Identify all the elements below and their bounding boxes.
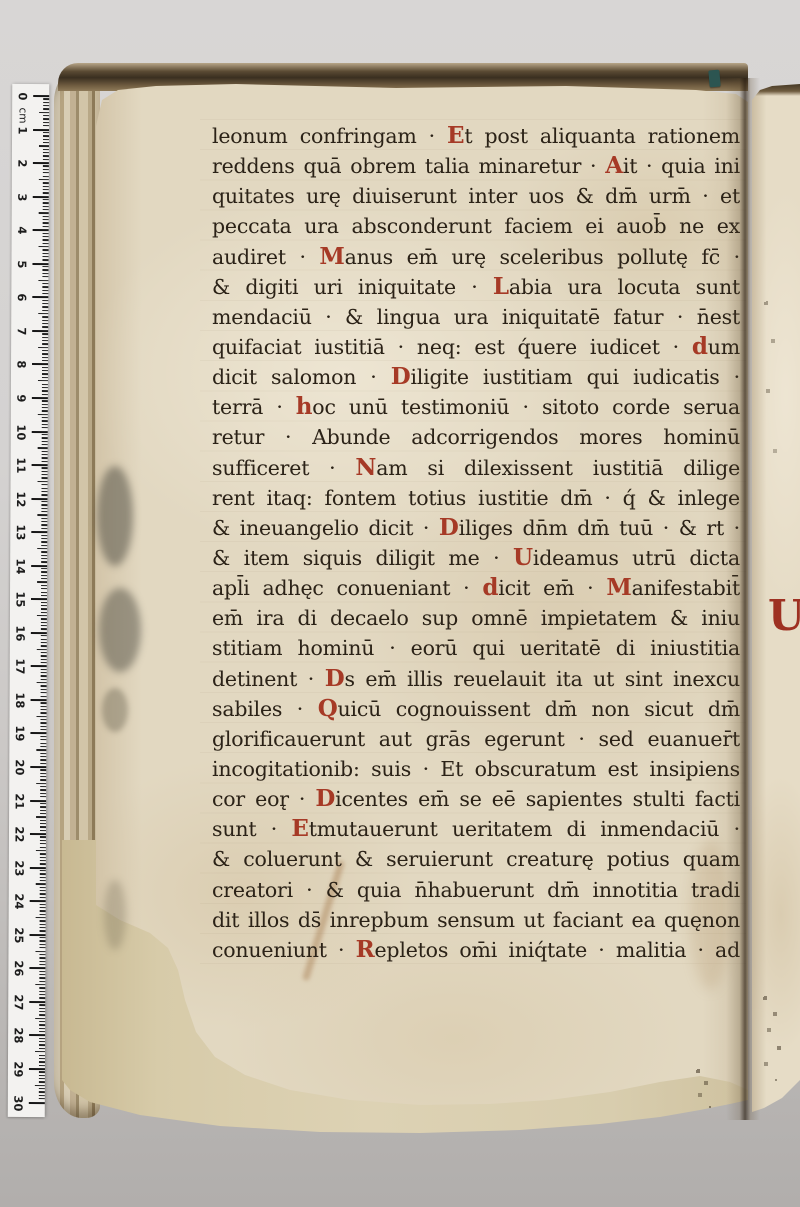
ruler-mm-tick (43, 202, 49, 203)
text-segment: am si dilexissent iustitiā dilige (376, 456, 740, 480)
text-line: mendaciū · & lingua ura iniquitatē fatur… (212, 302, 740, 332)
ruler-mm-tick (40, 863, 46, 864)
text-segment: em̄ ira di decaelo sup omnē impietatem &… (212, 606, 740, 630)
ruler-cm-tick (32, 431, 48, 433)
ruler-mm-tick (40, 877, 46, 878)
text-line: retur · Abunde adcorrigendos mores homin… (212, 422, 740, 452)
ruler-mm-tick (39, 971, 45, 972)
ruler-mm-tick (40, 736, 46, 737)
text-segment: incogitationib: suis · Et obscuratum est… (212, 757, 740, 781)
ruler-mm-tick (39, 179, 49, 180)
ruler-mm-tick (40, 941, 46, 942)
ruler-mm-tick (40, 746, 46, 747)
text-segment: & coluerunt & seruierunt creaturę potius… (212, 847, 740, 871)
rubric-initial: R (356, 936, 375, 963)
text-line: em̄ ira di decaelo sup omnē impietatem &… (212, 603, 740, 633)
text-line: peccata ura absconderunt faciem ei auob̄… (212, 211, 740, 241)
ruler-mm-tick (40, 726, 46, 727)
ruler-cm-tick (30, 900, 46, 902)
text-segment: creatori · & quia n̄habuerunt dm̄ innoti… (212, 878, 740, 902)
ruler-mm-tick (37, 514, 47, 515)
ruler-mm-tick (41, 585, 47, 586)
ruler-number: 10 (14, 423, 27, 441)
ruler-mm-tick (41, 488, 47, 489)
ruler-mm-tick (42, 451, 48, 452)
ruler-mm-tick (37, 615, 47, 616)
ruler-mm-tick (43, 186, 49, 187)
ruler-mm-tick (42, 410, 48, 411)
text-segment: anifestabit̄ (632, 576, 740, 600)
rubric-initial: M (606, 574, 631, 601)
ruler-mm-tick (39, 954, 45, 955)
book: leonum confringam · Et post aliquanta ra… (0, 0, 800, 1207)
ruler-mm-tick (40, 823, 46, 824)
ruler-mm-tick (39, 145, 49, 146)
ruler-mm-tick (40, 873, 46, 874)
text-segment: glorificauerunt aut grās egerunt · sed e… (212, 727, 740, 751)
ruler-number: 1 (16, 121, 29, 139)
ruler-mm-tick (41, 639, 47, 640)
text-segment: cor eor̨ · (212, 787, 315, 811)
ruler-mm-tick (40, 753, 46, 754)
ruler-mm-tick (43, 132, 49, 133)
ruler-mm-tick (43, 249, 49, 250)
text-line: detinent · Ds em̄ illis reuelauit ita ut… (212, 664, 740, 694)
ruler-mm-tick (43, 125, 49, 126)
ruler-cm-tick (29, 1068, 45, 1070)
ruler-mm-tick (41, 642, 47, 643)
text-segment: dit illos ds̄ inrepbum sensum ut faciant… (212, 908, 740, 932)
ruler-mm-tick (43, 105, 49, 106)
ruler-mm-tick (41, 635, 47, 636)
mold-stain (102, 688, 128, 732)
ruler-mm-tick (35, 1018, 45, 1019)
ruler-mm-tick (40, 719, 46, 720)
ruler-mm-tick (39, 1024, 45, 1025)
rubric-initial: d (692, 333, 708, 360)
text-line: & coluerunt & seruierunt creaturę potius… (212, 844, 740, 874)
text-segment: dicit salomon · (212, 365, 391, 389)
ruler-mm-tick (40, 803, 46, 804)
text-line: & ineuangelio dicit · Diliges dn̄m dm̄ t… (212, 513, 740, 543)
ruler-mm-tick (39, 991, 45, 992)
ruler-mm-tick (43, 122, 49, 123)
text-segment: t post aliquanta rationem (464, 124, 740, 148)
text-block: leonum confringam · Et post aliquanta ra… (212, 121, 740, 965)
ruler-mm-tick (39, 977, 45, 978)
text-segment: sunt · (212, 817, 291, 841)
ruler-mm-tick (41, 669, 47, 670)
ruler-mm-tick (37, 548, 47, 549)
ruler-mm-tick (38, 347, 48, 348)
ruler-mm-tick (41, 709, 47, 710)
ruler-mm-tick (39, 1041, 45, 1042)
ruler-mm-tick (40, 759, 46, 760)
ruler-cm-tick (32, 330, 48, 332)
ruler-cm-tick (30, 833, 46, 835)
ruler-mm-tick (39, 1011, 45, 1012)
text-line: cor eor̨ · Dicentes em̄ se eē sapientes … (212, 784, 740, 814)
ruler-mm-tick (39, 944, 45, 945)
text-segment: conueniunt · (212, 938, 356, 962)
ruler-mm-tick (43, 102, 49, 103)
ruler-cm-tick (33, 229, 49, 231)
ruler-mm-tick (42, 404, 48, 405)
ruler-mm-tick (40, 739, 46, 740)
ruler-mm-tick (42, 340, 48, 341)
rubric-initial: D (315, 785, 335, 812)
ruler-mm-tick (43, 149, 49, 150)
text-segment: & ineuangelio dicit · (212, 516, 439, 540)
ruler-cm-tick (31, 632, 47, 634)
ruler-mm-tick (41, 555, 47, 556)
ruler-cm-tick (33, 162, 49, 164)
text-segment: sufficeret · (212, 456, 355, 480)
text-segment: audiret · (212, 245, 319, 269)
ruler-mm-tick (39, 1081, 45, 1082)
text-line: glorificauerunt aut grās egerunt · sed e… (212, 724, 740, 754)
ruler: 0cm1234567891011121314151617181920212223… (8, 84, 50, 1117)
ruler-cm-tick (33, 95, 49, 97)
ruler-number: 17 (13, 658, 26, 676)
ruler-mm-tick (40, 796, 46, 797)
ruler-mm-tick (40, 930, 46, 931)
ruler-mm-tick (43, 142, 49, 143)
ruler-mm-tick (42, 407, 48, 408)
ruler-mm-tick (41, 689, 47, 690)
ruler-mm-tick (39, 1088, 45, 1089)
ruler-mm-tick (39, 964, 45, 965)
ruler-mm-tick (42, 474, 48, 475)
text-segment: quifaciat iustitiā · neq: est q́uere iud… (212, 335, 692, 359)
ruler-mm-tick (41, 575, 47, 576)
ruler-mm-tick (43, 192, 49, 193)
ruler-mm-tick (41, 541, 47, 542)
ruler-mm-tick (42, 360, 48, 361)
ruler-cm-tick (32, 397, 48, 399)
text-line: sufficeret · Nam si dilexissent iustitiā… (212, 453, 740, 483)
ruler-number: 21 (13, 792, 26, 810)
rubric-initial: E (291, 815, 308, 842)
ruler-mm-tick (40, 853, 46, 854)
text-segment: apl̄i adhęc conueniant · (212, 576, 482, 600)
ruler-mm-tick (42, 270, 48, 271)
ruler-mm-tick (41, 595, 47, 596)
text-segment: iligite iustitiam qui iudicatis · (410, 365, 740, 389)
ruler-mm-tick (39, 1004, 45, 1005)
ruler-mm-tick (39, 1091, 45, 1092)
ruler-mm-tick (41, 592, 47, 593)
ruler-mm-tick (41, 628, 47, 629)
ruler-mm-tick (36, 716, 46, 717)
ruler-mm-tick (40, 776, 46, 777)
ruler-cm-tick (30, 934, 46, 936)
ruler-number: 29 (11, 1060, 24, 1078)
ruler-mm-tick (41, 702, 47, 703)
ruler-mm-tick (43, 233, 49, 234)
ruler-mm-tick (43, 176, 49, 177)
ruler-mm-tick (41, 508, 47, 509)
ruler-mm-tick (42, 303, 48, 304)
ruler-cm-tick (32, 363, 48, 365)
text-segment: reddens quā obrem talia minaretur · (212, 154, 605, 178)
ruler-cm-tick (29, 1001, 45, 1003)
ruler-cm-tick (32, 263, 48, 265)
ruler-mm-tick (38, 447, 48, 448)
ruler-mm-tick (40, 904, 46, 905)
ruler-mm-tick (41, 675, 47, 676)
ruler-mm-tick (41, 524, 47, 525)
ruler-mm-tick (40, 806, 46, 807)
text-line: apl̄i adhęc conueniant · dicit em̄ · Man… (212, 573, 740, 603)
ruler-mm-tick (39, 246, 49, 247)
ruler-mm-tick (42, 316, 48, 317)
ink-specks (764, 300, 766, 302)
text-segment: iliges dn̄m dm̄ tuū · & rt · (459, 516, 740, 540)
ruler-mm-tick (43, 199, 49, 200)
ruler-mm-tick (39, 947, 45, 948)
ruler-mm-tick (42, 478, 48, 479)
ruler-mm-tick (39, 1095, 45, 1096)
ruler-mm-tick (37, 582, 47, 583)
ruler-mm-tick (36, 783, 46, 784)
ruler-mm-tick (39, 1061, 45, 1062)
ruler-mm-tick (35, 1051, 45, 1052)
ruler-mm-tick (36, 883, 46, 884)
ruler-mm-tick (42, 357, 48, 358)
rubric-initial: A (605, 152, 623, 179)
ruler-mm-tick (41, 706, 47, 707)
ruler-mm-tick (38, 481, 48, 482)
ruler-mm-tick (42, 390, 48, 391)
ruler-mm-tick (41, 588, 47, 589)
ruler-number: 6 (15, 289, 28, 307)
ruler-mm-tick (43, 189, 49, 190)
ruler-mm-tick (43, 182, 49, 183)
ruler-cm-tick (30, 732, 46, 734)
ruler-mm-tick (39, 961, 45, 962)
ruler-mm-tick (42, 384, 48, 385)
ruler-mm-tick (43, 239, 49, 240)
ruler-number: 7 (15, 322, 28, 340)
ruler-mm-tick (43, 236, 49, 237)
ruler-mm-tick (39, 1028, 45, 1029)
ruler-mm-tick (42, 343, 48, 344)
ruler-mm-tick (42, 293, 48, 294)
ruler-mm-tick (41, 655, 47, 656)
text-segment: leonum confringam · (212, 124, 447, 148)
ruler-mm-tick (42, 367, 48, 368)
ruler-number: 4 (15, 222, 28, 240)
ruler-mm-tick (40, 779, 46, 780)
ruler-number: 12 (14, 490, 27, 508)
ruler-mm-tick (40, 837, 46, 838)
ruler-mm-tick (43, 135, 49, 136)
ruler-mm-tick (41, 535, 47, 536)
ruler-mm-tick (40, 773, 46, 774)
ruler-number: 28 (12, 1027, 25, 1045)
ruler-cm-tick (31, 699, 47, 701)
ruler-mm-tick (42, 323, 48, 324)
ruler-mm-tick (42, 273, 48, 274)
ruler-mm-tick (38, 380, 48, 381)
ruler-mm-tick (41, 605, 47, 606)
text-segment: icentes em̄ se eē sapientes stulti facti (335, 787, 740, 811)
ruler-number: 18 (13, 691, 26, 709)
text-line: audiret · Manus em̄ urę sceleribus pollu… (212, 242, 740, 272)
rubric-initial: L (493, 273, 509, 300)
text-segment: icit em̄ · (498, 576, 606, 600)
ruler-mm-tick (41, 608, 47, 609)
text-line: rent itaq: fontem totius iustitie dm̄ · … (212, 483, 740, 513)
facing-page-initial: U (768, 592, 800, 640)
ruler-mm-tick (41, 659, 47, 660)
ruler-mm-tick (43, 159, 49, 160)
ruler-mm-tick (39, 1065, 45, 1066)
ruler-mm-tick (42, 427, 48, 428)
ruler-mm-tick (41, 518, 47, 519)
ruler-cm-tick (32, 296, 48, 298)
rubric-initial: d (482, 574, 498, 601)
ruler-mm-tick (43, 139, 49, 140)
ruler-mm-tick (40, 793, 46, 794)
ruler-mm-tick (42, 353, 48, 354)
text-line: & digiti uri iniquitate · Labia ura locu… (212, 272, 740, 302)
ruler-mm-tick (39, 1008, 45, 1009)
ruler-mm-tick (41, 494, 47, 495)
ruler-mm-tick (42, 434, 48, 435)
ruler-mm-tick (39, 1021, 45, 1022)
ruler-mm-tick (42, 444, 48, 445)
ruler-mm-tick (40, 763, 46, 764)
ruler-mm-tick (42, 441, 48, 442)
ruler-mm-tick (43, 219, 49, 220)
ruler-mm-tick (36, 749, 46, 750)
ruler-mm-tick (40, 870, 46, 871)
ruler-mm-tick (42, 290, 48, 291)
text-line: quitates urę diuiserunt inter uos & dm̄ … (212, 181, 740, 211)
ruler-mm-tick (39, 987, 45, 988)
ruler-cm-tick (33, 129, 49, 131)
ruler-cm-tick (31, 565, 47, 567)
ruler-mm-tick (40, 887, 46, 888)
ruler-mm-tick (42, 387, 48, 388)
text-segment: detinent · (212, 667, 325, 691)
ruler-number: 0 (16, 87, 29, 105)
ruler-mm-tick (41, 511, 47, 512)
text-line: incogitationib: suis · Et obscuratum est… (212, 754, 740, 784)
ruler-mm-tick (41, 602, 47, 603)
rubric-initial: D (391, 363, 411, 390)
ruler-mm-tick (40, 843, 46, 844)
text-line: terrā · hoc unū testimoniū · sitoto cord… (212, 392, 740, 422)
text-line: sabiles · Quicū cognouissent dm̄ non sic… (212, 694, 740, 724)
text-line: dit illos ds̄ inrepbum sensum ut faciant… (212, 905, 740, 935)
ruler-number: 19 (13, 725, 26, 743)
ruler-mm-tick (43, 253, 49, 254)
ruler-mm-tick (41, 545, 47, 546)
ruler-mm-tick (35, 1085, 45, 1086)
ruler-mm-tick (42, 276, 48, 277)
ruler-mm-tick (41, 568, 47, 569)
ruler-cm-tick (30, 867, 46, 869)
ruler-mm-tick (41, 538, 47, 539)
ruler-mm-tick (39, 1038, 45, 1039)
ruler-mm-tick (42, 256, 48, 257)
rubric-initial: D (325, 665, 345, 692)
ruler-number: 26 (12, 960, 25, 978)
text-segment: stitiam hominū · eorū qui ueritatē di in… (212, 636, 740, 660)
text-segment: & digiti uri iniquitate · (212, 275, 493, 299)
ruler-mm-tick (43, 169, 49, 170)
ruler-mm-tick (40, 920, 46, 921)
ruler-cm-tick (31, 531, 47, 533)
text-segment: rent itaq: fontem totius iustitie dm̄ · … (212, 486, 740, 510)
text-line: conueniunt · Repletos om̄i iniq́tate · m… (212, 935, 740, 965)
ruler-mm-tick (42, 457, 48, 458)
ruler-mm-tick (43, 155, 49, 156)
ruler-mm-tick (42, 420, 48, 421)
ruler-cm-tick (32, 464, 48, 466)
text-line: quifaciat iustitiā · neq: est q́uere iud… (212, 332, 740, 362)
ruler-mm-tick (41, 686, 47, 687)
ruler-mm-tick (41, 625, 47, 626)
ruler-mm-tick (40, 914, 46, 915)
ruler-mm-tick (40, 907, 46, 908)
ruler-mm-tick (39, 112, 49, 113)
ruler-mm-tick (41, 692, 47, 693)
ruler-mm-tick (41, 612, 47, 613)
rubric-initial: Q (318, 695, 338, 722)
rubric-initial: N (355, 454, 376, 481)
rubric-initial: D (439, 514, 459, 541)
ruler-cm-tick (30, 766, 46, 768)
ruler-mm-tick (42, 310, 48, 311)
ruler-cm-tick (29, 967, 45, 969)
ruler-mm-tick (41, 618, 47, 619)
ruler-mm-tick (42, 467, 48, 468)
ruler-number: 24 (12, 893, 25, 911)
ruler-mm-tick (43, 206, 49, 207)
ruler-mm-tick (41, 578, 47, 579)
ruler-mm-tick (39, 1055, 45, 1056)
ruler-number: 25 (12, 926, 25, 944)
ruler-mm-tick (42, 320, 48, 321)
ruler-mm-tick (40, 722, 46, 723)
ruler-mm-tick (41, 561, 47, 562)
ruler-cm-tick (31, 665, 47, 667)
ruler-mm-tick (42, 327, 48, 328)
ruler-mm-tick (39, 1014, 45, 1015)
ruler-mm-tick (43, 152, 49, 153)
text-segment: sabiles · (212, 697, 318, 721)
ruler-mm-tick (42, 337, 48, 338)
ruler-mm-tick (40, 890, 46, 891)
text-segment: & item siquis diligit me · (212, 546, 513, 570)
text-segment: abia ura locuta sunt (509, 275, 740, 299)
ruler-mm-tick (39, 1058, 45, 1059)
ruler-mm-tick (43, 243, 49, 244)
ruler-cm-tick (31, 498, 47, 500)
ink-specks (695, 1068, 697, 1070)
ruler-cm-tick (29, 1034, 45, 1036)
text-segment: tmutauerunt ueritatem di inmendaciū · (309, 817, 740, 841)
ruler-mm-tick (43, 98, 49, 99)
ruler-mm-tick (40, 910, 46, 911)
ruler-number: 30 (11, 1094, 24, 1112)
ruler-mm-tick (41, 504, 47, 505)
ruler-cm-tick (31, 598, 47, 600)
